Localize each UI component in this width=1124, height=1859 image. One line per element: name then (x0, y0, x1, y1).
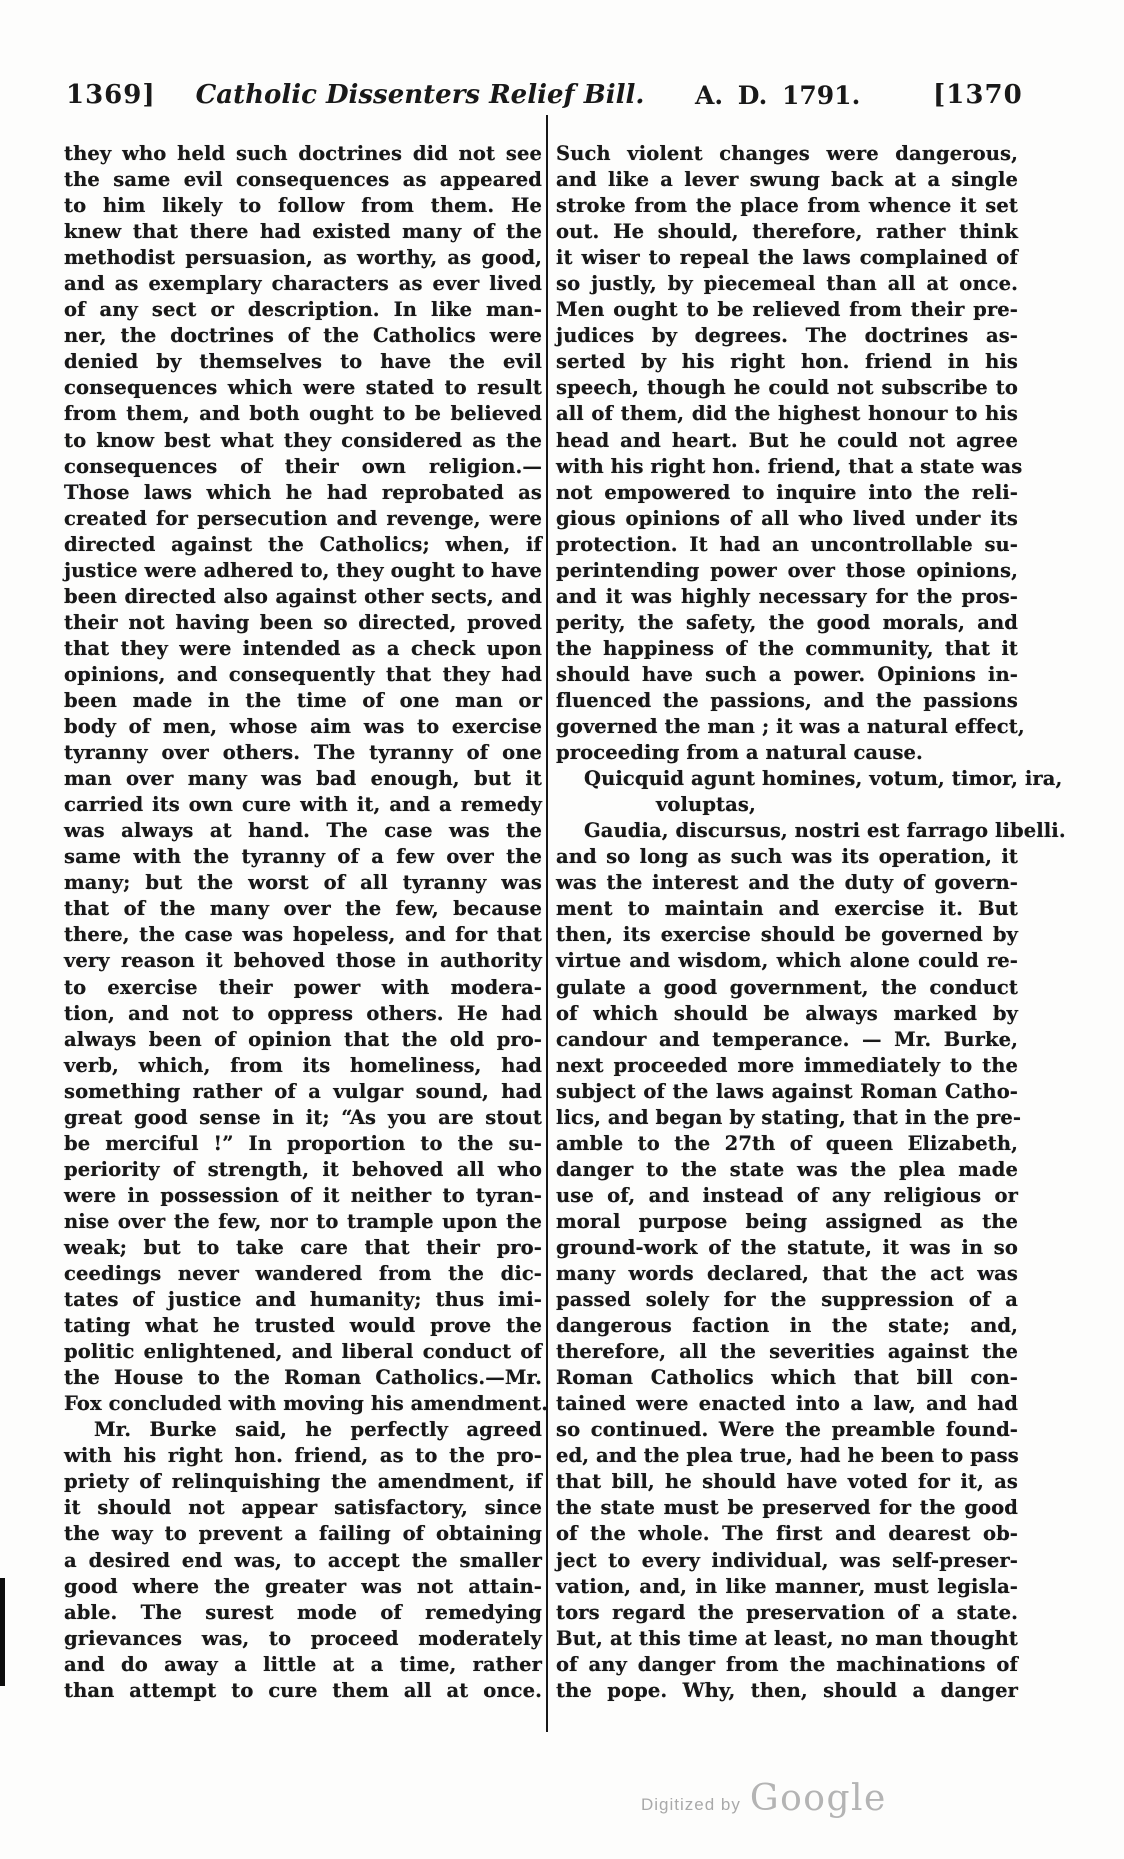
text-line: judices by degrees. The doctrines as- (556, 323, 1018, 349)
left-column: they who held such doctrines did not see… (64, 141, 542, 1704)
text-line: and like a lever swung back at a single (556, 167, 1018, 193)
text-line: tyranny over others. The tyranny of one (64, 740, 542, 766)
text-line: able. The surest mode of remedying (64, 1600, 542, 1626)
text-line: created for persecution and revenge, wer… (64, 506, 542, 532)
column-divider-rule (546, 115, 548, 1732)
text-line: gulate a good government, the conduct (556, 975, 1018, 1001)
text-line: with his right hon. friend, as to the pr… (64, 1443, 542, 1469)
text-line: that they were intended as a check upon (64, 636, 542, 662)
text-line: politic enlightened, and liberal conduct… (64, 1339, 542, 1365)
text-line: next proceeded more immediately to the (556, 1053, 1018, 1079)
text-line: great good sense in it; “As you are stou… (64, 1105, 542, 1131)
text-line: consequences of their own religion.— (64, 454, 542, 480)
text-line: the House to the Roman Catholics.—Mr. (64, 1365, 542, 1391)
text-line: Quicquid agunt homines, votum, timor, ir… (556, 766, 1018, 792)
page-number-left: 1369] (66, 80, 156, 110)
text-line: so justly, by piecemeal than all at once… (556, 271, 1018, 297)
text-line: tained were enacted into a law, and had (556, 1391, 1018, 1417)
text-line: the same evil consequences as appeared (64, 167, 542, 193)
latin-verse: Quicquid agunt homines, votum, timor, ir… (556, 766, 1018, 844)
text-line: ceedings never wandered from the dic- (64, 1261, 542, 1287)
text-line: from them, and both ought to be believed (64, 401, 542, 427)
text-line: consequences which were stated to result (64, 375, 542, 401)
text-line: tating what he trusted would prove the (64, 1313, 542, 1339)
text-line: something rather of a vulgar sound, had (64, 1079, 542, 1105)
footer-watermark: Digitized by Google (641, 1778, 887, 1819)
text-line: of which should be always marked by (556, 1001, 1018, 1027)
text-line: protection. It had an uncontrollable su- (556, 532, 1018, 558)
text-line: ner, the doctrines of the Catholics were (64, 323, 542, 349)
text-line: were in possession of it neither to tyra… (64, 1183, 542, 1209)
text-line: serted by his right hon. friend in his (556, 349, 1018, 375)
text-line: to know best what they considered as the (64, 428, 542, 454)
text-line: danger to the state was the plea made (556, 1157, 1018, 1183)
text-line: amble to the 27th of queen Elizabeth, (556, 1131, 1018, 1157)
text-line: many words declared, that the act was (556, 1261, 1018, 1287)
text-line: Those laws which he had reprobated as (64, 480, 542, 506)
text-line: then, its exercise should be governed by (556, 922, 1018, 948)
page-number-right: [1370 (933, 80, 1011, 110)
paragraph: Such violent changes were dangerous,and … (556, 141, 1018, 766)
text-line: the state must be preserved for the good (556, 1495, 1018, 1521)
text-line: was always at hand. The case was the (64, 818, 542, 844)
text-line: to exercise their power with modera- (64, 975, 542, 1001)
digitized-by-label: Digitized by (641, 1795, 741, 1815)
text-line: of any sect or description. In like man- (64, 297, 542, 323)
text-line: But, at this time at least, no man thoug… (556, 1626, 1018, 1652)
text-line: Mr. Burke said, he perfectly agreed (64, 1417, 542, 1443)
text-line: weak; but to take care that their pro- (64, 1235, 542, 1261)
text-line: to him likely to follow from them. He (64, 193, 542, 219)
page-title: Catholic Dissenters Relief Bill. (190, 80, 650, 110)
text-line: opinions, and consequently that they had (64, 662, 542, 688)
text-line: that bill, he should have voted for it, … (556, 1469, 1018, 1495)
text-line: a desired end was, to accept the smaller (64, 1548, 542, 1574)
text-line: body of men, whose aim was to exercise (64, 714, 542, 740)
text-line: tion, and not to oppress others. He had (64, 1001, 542, 1027)
text-line: they who held such doctrines did not see (64, 141, 542, 167)
text-line: justice were adhered to, they ought to h… (64, 558, 542, 584)
text-line: Fox concluded with moving his amendment. (64, 1391, 542, 1417)
text-line: it wiser to repeal the laws complained o… (556, 245, 1018, 271)
page-date: A. D. 1791. (695, 81, 860, 110)
google-logo: Google (750, 1778, 887, 1819)
text-line: many; but the worst of all tyranny was (64, 870, 542, 896)
right-column: Such violent changes were dangerous,and … (556, 141, 1018, 1704)
text-line: so continued. Were the preamble found- (556, 1417, 1018, 1443)
text-line: head and heart. But he could not agree (556, 428, 1018, 454)
text-line: and it was highly necessary for the pros… (556, 584, 1018, 610)
text-line: with his right hon. friend, that a state… (556, 454, 1018, 480)
text-line: should have such a power. Opinions in- (556, 662, 1018, 688)
text-line: methodist persuasion, as worthy, as good… (64, 245, 542, 271)
text-line: moral purpose being assigned as the (556, 1209, 1018, 1235)
running-head: 1369] Catholic Dissenters Relief Bill. A… (0, 80, 1124, 114)
text-line: same with the tyranny of a few over the (64, 844, 542, 870)
text-line: and so long as such was its operation, i… (556, 844, 1018, 870)
text-line: Roman Catholics which that bill con- (556, 1365, 1018, 1391)
text-line: been made in the time of one man or (64, 688, 542, 714)
text-line: passed solely for the suppression of a (556, 1287, 1018, 1313)
text-line: of the whole. The first and dearest ob- (556, 1521, 1018, 1547)
text-line: therefore, all the severities against th… (556, 1339, 1018, 1365)
text-line: tors regard the preservation of a state. (556, 1600, 1018, 1626)
text-line: candour and temperance. — Mr. Burke, (556, 1027, 1018, 1053)
text-line: man over many was bad enough, but it (64, 766, 542, 792)
text-line: be merciful !” In proportion to the su- (64, 1131, 542, 1157)
text-line: fluenced the passions, and the passions (556, 688, 1018, 714)
text-line: the pope. Why, then, should a danger (556, 1678, 1018, 1704)
text-line: vation, and, in like manner, must legisl… (556, 1574, 1018, 1600)
text-line: dangerous faction in the state; and, (556, 1313, 1018, 1339)
text-line: speech, though he could not subscribe to (556, 375, 1018, 401)
text-line: and as exemplary characters as ever live… (64, 271, 542, 297)
text-line: that of the many over the few, because (64, 896, 542, 922)
text-line: good where the greater was not attain- (64, 1574, 542, 1600)
text-line: lics, and began by stating, that in the … (556, 1105, 1018, 1131)
text-line: voluptas, (556, 792, 1018, 818)
text-line: Men ought to be relieved from their pre- (556, 297, 1018, 323)
text-line: governed the man ; it was a natural effe… (556, 714, 1018, 740)
paragraph: and so long as such was its operation, i… (556, 844, 1018, 1704)
text-line: stroke from the place from whence it set (556, 193, 1018, 219)
text-line: grievances was, to proceed moderately (64, 1626, 542, 1652)
text-line: use of, and instead of any religious or (556, 1183, 1018, 1209)
text-line: than attempt to cure them all at once. (64, 1678, 542, 1704)
text-line: been directed also against other sects, … (64, 584, 542, 610)
text-line: ment to maintain and exercise it. But (556, 896, 1018, 922)
scan-edge-artifact (0, 1578, 5, 1686)
text-line: all of them, did the highest honour to h… (556, 401, 1018, 427)
text-line: of any danger from the machinations of (556, 1652, 1018, 1678)
text-line: the happiness of the community, that it (556, 636, 1018, 662)
text-line: proceeding from a natural cause. (556, 740, 1018, 766)
text-line: out. He should, therefore, rather think (556, 219, 1018, 245)
paragraph: they who held such doctrines did not see… (64, 141, 542, 1417)
text-line: ject to every individual, was self-prese… (556, 1548, 1018, 1574)
text-line: directed against the Catholics; when, if (64, 532, 542, 558)
text-line: nise over the few, nor to trample upon t… (64, 1209, 542, 1235)
text-line: Such violent changes were dangerous, (556, 141, 1018, 167)
text-line: ed, and the plea true, had he been to pa… (556, 1443, 1018, 1469)
text-line: Gaudia, discursus, nostri est farrago li… (556, 818, 1018, 844)
text-line: periority of strength, it behoved all wh… (64, 1157, 542, 1183)
scanned-book-page: 1369] Catholic Dissenters Relief Bill. A… (0, 0, 1124, 1859)
text-line: denied by themselves to have the evil (64, 349, 542, 375)
text-line: the way to prevent a failing of obtainin… (64, 1521, 542, 1547)
text-line: very reason it behoved those in authorit… (64, 948, 542, 974)
text-line: was the interest and the duty of govern- (556, 870, 1018, 896)
text-line: there, the case was hopeless, and for th… (64, 922, 542, 948)
text-line: virtue and wisdom, which alone could re- (556, 948, 1018, 974)
text-line: always been of opinion that the old pro- (64, 1027, 542, 1053)
text-line: subject of the laws against Roman Catho- (556, 1079, 1018, 1105)
text-line: their not having been so directed, prove… (64, 610, 542, 636)
text-line: not empowered to inquire into the reli- (556, 480, 1018, 506)
text-line: and do away a little at a time, rather (64, 1652, 542, 1678)
text-line: gious opinions of all who lived under it… (556, 506, 1018, 532)
text-line: perity, the safety, the good morals, and (556, 610, 1018, 636)
text-line: verb, which, from its homeliness, had (64, 1053, 542, 1079)
paragraph: Mr. Burke said, he perfectly agreedwith … (64, 1417, 542, 1704)
text-line: tates of justice and humanity; thus imi- (64, 1287, 542, 1313)
text-line: priety of relinquishing the amendment, i… (64, 1469, 542, 1495)
text-line: ground-work of the statute, it was in so (556, 1235, 1018, 1261)
text-line: perintending power over those opinions, (556, 558, 1018, 584)
text-line: it should not appear satisfactory, since (64, 1495, 542, 1521)
text-line: knew that there had existed many of the (64, 219, 542, 245)
text-line: carried its own cure with it, and a reme… (64, 792, 542, 818)
